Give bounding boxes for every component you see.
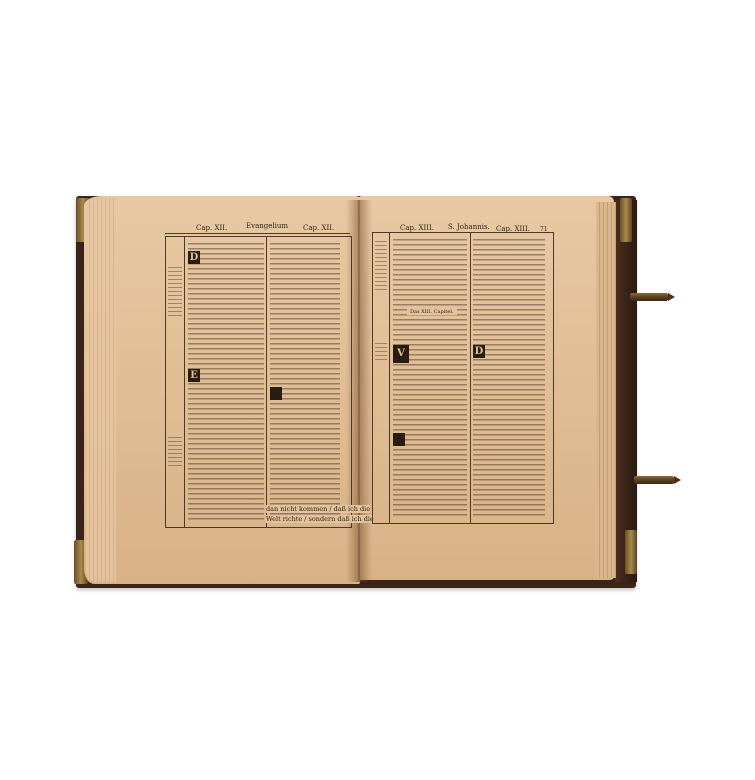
right-header-chapter: Cap. XIII. bbox=[400, 224, 434, 232]
left-dropcap-2: E bbox=[188, 369, 200, 382]
right-dropcap-3 bbox=[393, 433, 405, 446]
left-header-chapter-right: Cap. XII. bbox=[303, 224, 334, 232]
right-header-title: S. Johannis. bbox=[448, 223, 490, 231]
chapter-heading: Das XIII. Capitel. bbox=[407, 309, 457, 315]
brass-corner-bottom-right bbox=[625, 530, 637, 574]
right-column-1 bbox=[393, 239, 467, 517]
brass-clasp-upper bbox=[630, 293, 668, 301]
left-text-block: D E bbox=[165, 236, 352, 528]
left-column-rule-outer bbox=[184, 237, 185, 527]
right-column-rule-outer bbox=[389, 233, 390, 523]
left-dropcap-1: D bbox=[188, 251, 200, 264]
right-margin-notes-lower bbox=[375, 343, 387, 363]
cover-edge bbox=[615, 200, 637, 582]
left-margin-notes bbox=[168, 267, 182, 317]
left-header-title: Evangelium bbox=[246, 222, 288, 230]
left-header-rule bbox=[165, 233, 350, 234]
photo-scene: Cap. XII. Evangelium Cap. XII. D E dan n… bbox=[0, 0, 755, 780]
left-header-chapter: Cap. XII. bbox=[196, 224, 227, 232]
right-dropcap-2: D bbox=[473, 345, 485, 358]
left-bottom-line-2: Welt richte / sondern daß ich die bbox=[266, 515, 374, 523]
brass-corner-top-right bbox=[620, 198, 632, 242]
left-dropcap-3 bbox=[270, 387, 282, 400]
left-column-1 bbox=[188, 243, 264, 521]
left-bottom-line-1: dan nicht kommen / daß ich die bbox=[266, 505, 370, 513]
left-column-2 bbox=[270, 243, 340, 521]
right-column-2 bbox=[473, 239, 545, 517]
left-column-divider bbox=[266, 237, 267, 527]
right-text-block: Das XIII. Capitel. V D bbox=[372, 232, 554, 524]
left-page-edges bbox=[86, 198, 116, 582]
right-margin-notes bbox=[375, 241, 387, 291]
right-dropcap-1: V bbox=[393, 345, 409, 363]
brass-clasp-lower bbox=[634, 476, 674, 484]
left-margin-notes-lower bbox=[168, 437, 182, 467]
right-column-divider bbox=[470, 233, 471, 523]
right-page-edges bbox=[596, 202, 616, 578]
